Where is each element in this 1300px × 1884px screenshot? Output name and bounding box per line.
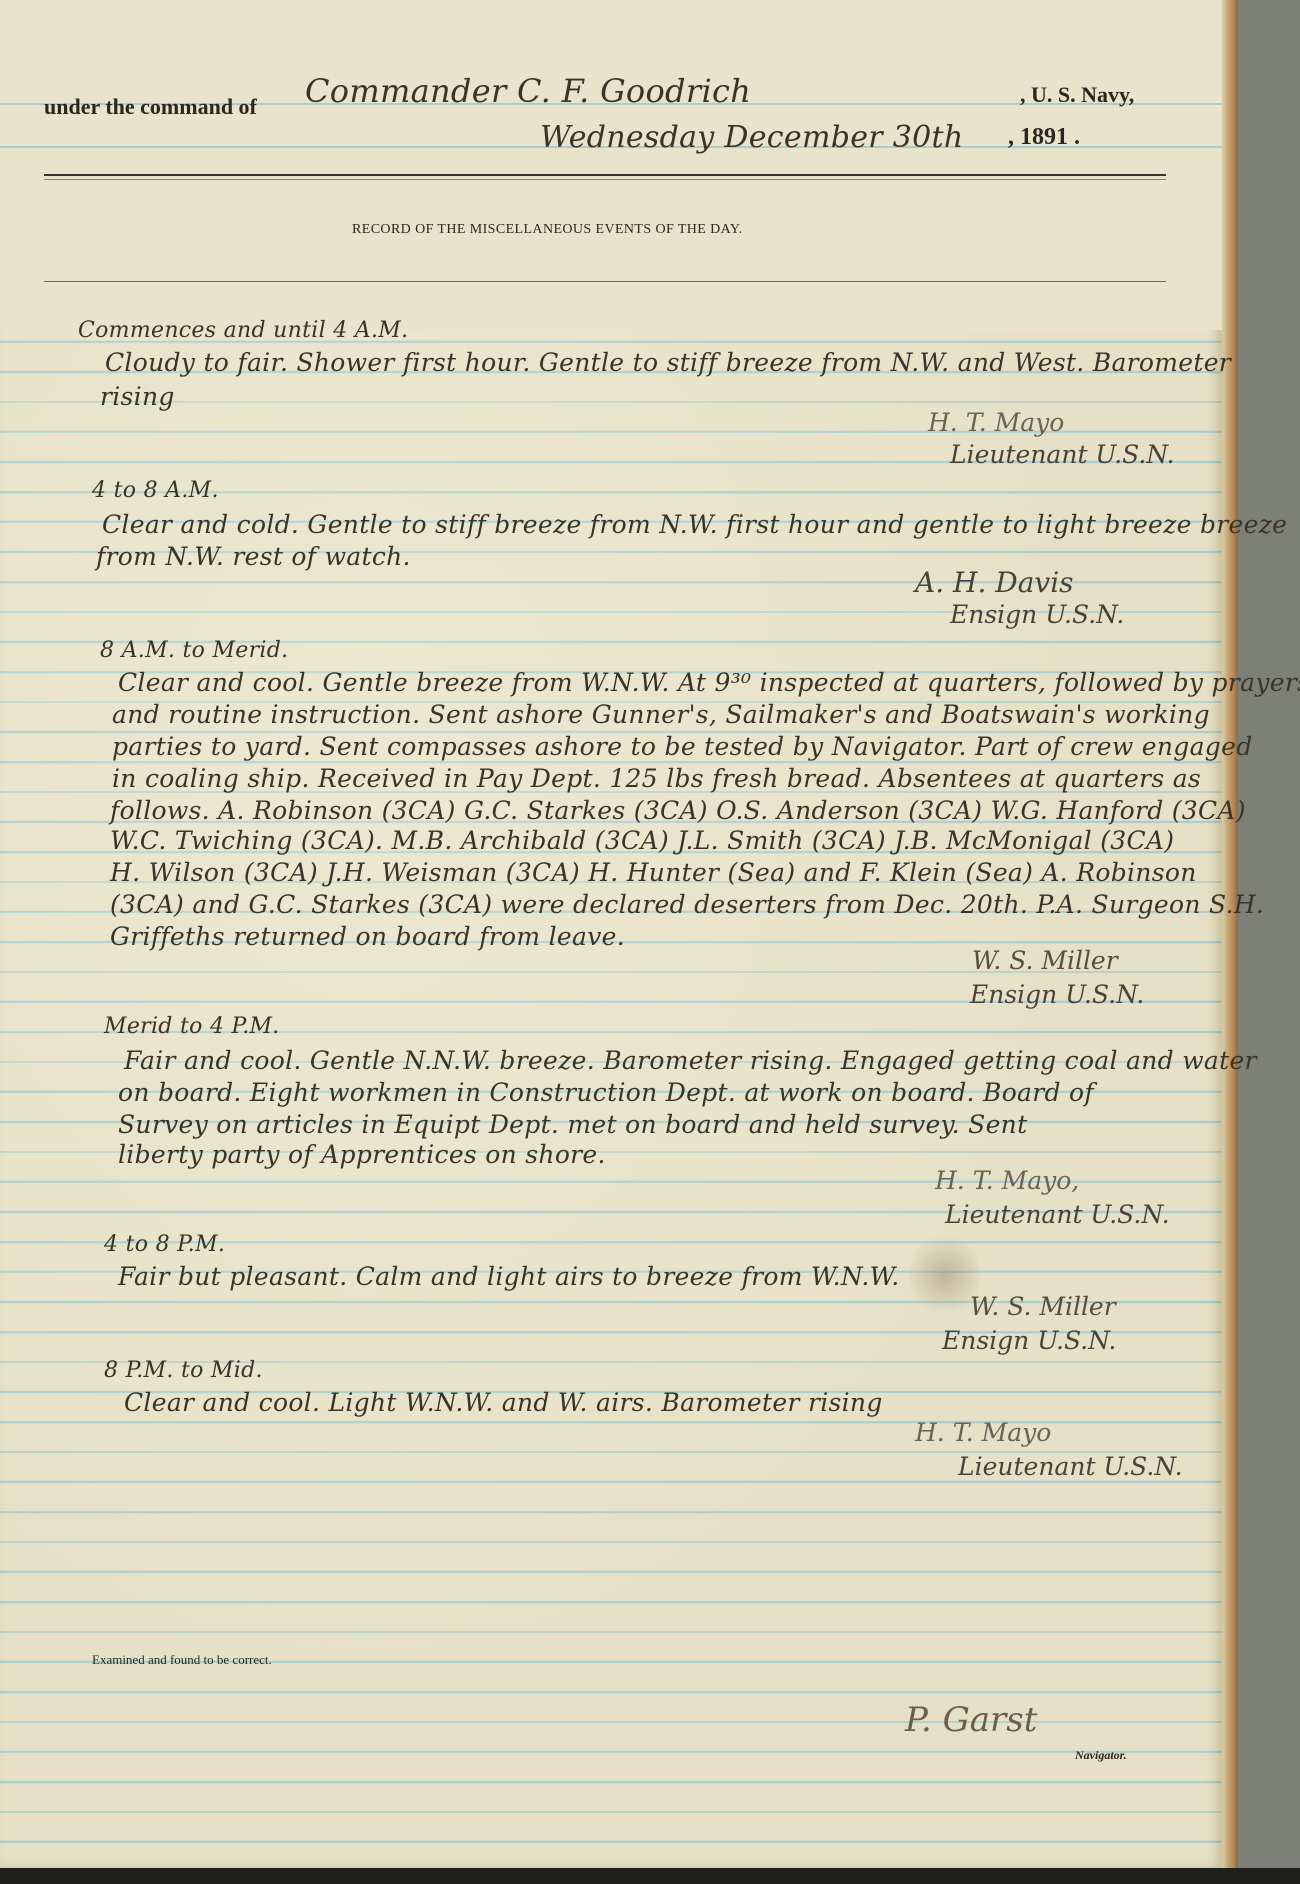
watch-entry-line: and routine instruction. Sent ashore Gun… [112,700,1210,729]
watch-entry-line: (3CA) and G.C. Starkes (3CA) were declar… [110,890,1264,919]
examined-text: Examined and found to be correct. [92,1652,272,1668]
watch-entry-line: Fair and cool. Gentle N.N.W. breeze. Bar… [124,1046,1257,1075]
officer-rank: Ensign U.S.N. [950,600,1124,629]
officer-signature: W. S. Miller [970,1292,1116,1321]
watch-period: 8 A.M. to Merid. [100,638,288,663]
watch-period: Merid to 4 P.M. [104,1014,280,1039]
watch-entry-line: Clear and cool. Light W.N.W. and W. airs… [124,1388,883,1417]
officer-rank: Lieutenant U.S.N. [945,1200,1170,1229]
officer-signature: A. H. Davis [915,566,1074,599]
command-prefix: under the command of [44,94,257,120]
watch-entry-line: H. Wilson (3CA) J.H. Weisman (3CA) H. Hu… [110,858,1197,887]
officer-rank: Lieutenant U.S.N. [950,440,1175,469]
navigator-signature: P. Garst [905,1700,1037,1740]
officer-rank: Lieutenant U.S.N. [958,1452,1183,1481]
navy-suffix: , U. S. Navy, [1020,82,1134,108]
header-divider-thin [44,179,1166,180]
year: , 1891 . [1008,124,1080,151]
header-divider [44,174,1166,176]
watch-entry-line: Cloudy to fair. Shower first hour. Gentl… [105,348,1231,377]
page-edge [1222,0,1238,1868]
watch-entry-line: W.C. Twiching (3CA). M.B. Archibald (3CA… [110,826,1174,855]
section-divider [44,281,1166,282]
watch-entry-line: rising [100,382,175,411]
officer-signature: H. T. Mayo, [935,1166,1079,1195]
watch-entry-line: Clear and cool. Gentle breeze from W.N.W… [118,668,1300,697]
watch-entry-line: Griffeths returned on board from leave. [110,922,625,951]
commander-name: Commander C. F. Goodrich [305,72,751,110]
watch-entry-line: from N.W. rest of watch. [96,542,411,571]
officer-signature: H. T. Mayo [928,408,1064,437]
watch-period: 8 P.M. to Mid. [104,1358,263,1383]
watch-period: 4 to 8 P.M. [104,1232,225,1257]
officer-rank: Ensign U.S.N. [970,980,1144,1009]
section-title: RECORD OF THE MISCELLANEOUS EVENTS OF TH… [352,222,742,238]
watch-entry-line: on board. Eight workmen in Construction … [118,1078,1094,1107]
watch-period: Commences and until 4 A.M. [78,318,408,343]
watch-entry-line: Clear and cold. Gentle to stiff breeze f… [102,510,1287,539]
watch-entry-line: follows. A. Robinson (3CA) G.C. Starkes … [110,796,1246,825]
officer-rank: Ensign U.S.N. [942,1326,1116,1355]
watch-entry-line: in coaling ship. Received in Pay Dept. 1… [112,764,1201,793]
watch-entry-line: Fair but pleasant. Calm and light airs t… [118,1262,900,1291]
watch-period: 4 to 8 A.M. [92,478,219,503]
officer-signature: H. T. Mayo [915,1418,1051,1447]
watch-entry-line: parties to yard. Sent compasses ashore t… [112,732,1253,761]
date-handwritten: Wednesday December 30th [540,120,964,155]
background-shadow [0,1868,1300,1884]
officer-signature: W. S. Miller [972,946,1118,975]
watch-entry-line: Survey on articles in Equipt Dept. met o… [118,1110,1027,1139]
navigator-label: Navigator. [1075,1748,1127,1763]
watch-entry-line: liberty party of Apprentices on shore. [118,1140,606,1169]
